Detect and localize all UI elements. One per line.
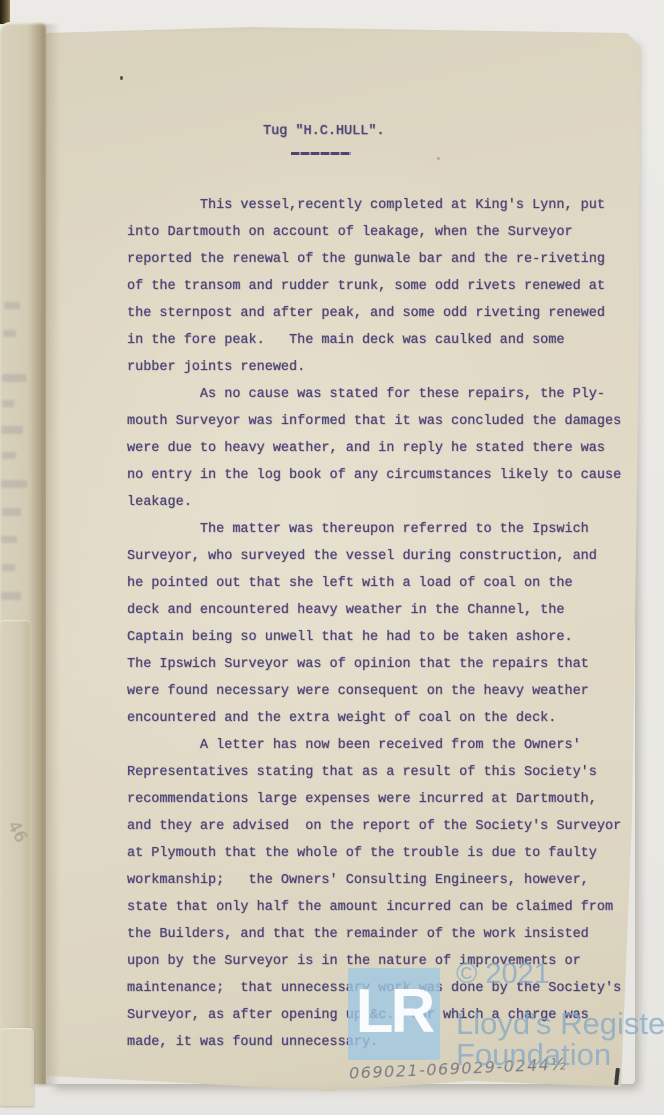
typewritten-line: were due to heavy weather, and in reply …: [127, 435, 639, 462]
bleedthrough-mark: [1, 592, 21, 600]
bleedthrough-mark: [1, 536, 17, 543]
bleedthrough-mark: [1, 480, 27, 488]
typewritten-line: The matter was thereupon referred to the…: [127, 516, 639, 543]
typewritten-line: at Plymouth that the whole of the troubl…: [127, 840, 639, 867]
typewritten-line: rubber joints renewed.: [127, 354, 639, 381]
typewritten-line: he pointed out that she left with a load…: [127, 570, 639, 597]
typewritten-line: in the fore peak. The main deck was caul…: [127, 327, 639, 354]
watermark-copyright: © 2021: [456, 958, 550, 991]
typewritten-line: deck and encountered heavy weather in th…: [127, 597, 639, 624]
typewritten-line: reported the renewal of the gunwale bar …: [127, 246, 639, 273]
typewritten-line: the Builders, and that the remainder of …: [127, 921, 639, 948]
typewritten-line: no entry in the log book of any circumst…: [127, 462, 639, 489]
typewritten-line: Surveyor, who surveyed the vessel during…: [127, 543, 639, 570]
bleedthrough-mark: [2, 452, 16, 459]
scan-background: 46 Tug "H.C.HULL". This vessel,recently …: [0, 0, 664, 1115]
scanned-document-photo: { "document": { "title": "Tug \"H.C.HULL…: [0, 0, 664, 1115]
bleedthrough-mark: [2, 374, 26, 382]
underlying-page-edge: [0, 22, 46, 1084]
lloyds-register-logo-watermark: LR: [348, 968, 440, 1060]
watermark-foundation: Foundation: [456, 1037, 611, 1073]
typewritten-line: workmanship; the Owners' Consulting Engi…: [127, 867, 639, 894]
ink-corner-mark: [614, 1068, 620, 1085]
title-underline: [291, 152, 351, 155]
bleedthrough-mark: [3, 330, 16, 337]
paper-speck: [437, 157, 440, 160]
bleedthrough-mark: [1, 426, 23, 434]
typewritten-line: were found necessary were consequent on …: [127, 678, 639, 705]
typewritten-line: leakage.: [127, 489, 639, 516]
document-title: Tug "H.C.HULL".: [263, 124, 385, 139]
typewritten-line: The Ipswich Surveyor was of opinion that…: [127, 651, 639, 678]
typewritten-line: state that only half the amount incurred…: [127, 894, 639, 921]
typewritten-line: mouth Surveyor was informed that it was …: [127, 408, 639, 435]
typewritten-line: and they are advised on the report of th…: [127, 813, 639, 840]
typewritten-line: Representatives stating that as a result…: [127, 759, 639, 786]
typewritten-line: the sternpost and after peak, and some o…: [127, 300, 639, 327]
typewritten-line: of the transom and rudder trunk, some od…: [127, 273, 639, 300]
typewritten-line: As no cause was stated for these repairs…: [127, 381, 639, 408]
lr-logo-letters: LR: [356, 981, 433, 1043]
typewritten-line: This vessel,recently completed at King's…: [127, 192, 639, 219]
bleedthrough-mark: [2, 564, 15, 571]
underlying-page-corner: [0, 1028, 34, 1106]
bleedthrough-mark: [2, 508, 21, 516]
book-binding-edge: [0, 0, 10, 24]
typewritten-line: recommendations large expenses were incu…: [127, 786, 639, 813]
bleedthrough-mark: [2, 400, 14, 407]
typewritten-line: into Dartmouth on account of leakage, wh…: [127, 219, 639, 246]
bleedthrough-mark: [4, 302, 20, 309]
typewritten-line: A letter has now been received from the …: [127, 732, 639, 759]
document-body-text: This vessel,recently completed at King's…: [127, 192, 639, 1056]
paper-speck: [120, 76, 123, 80]
typewritten-line: Captain being so unwell that he had to b…: [127, 624, 639, 651]
typewritten-line: encountered and the extra weight of coal…: [127, 705, 639, 732]
